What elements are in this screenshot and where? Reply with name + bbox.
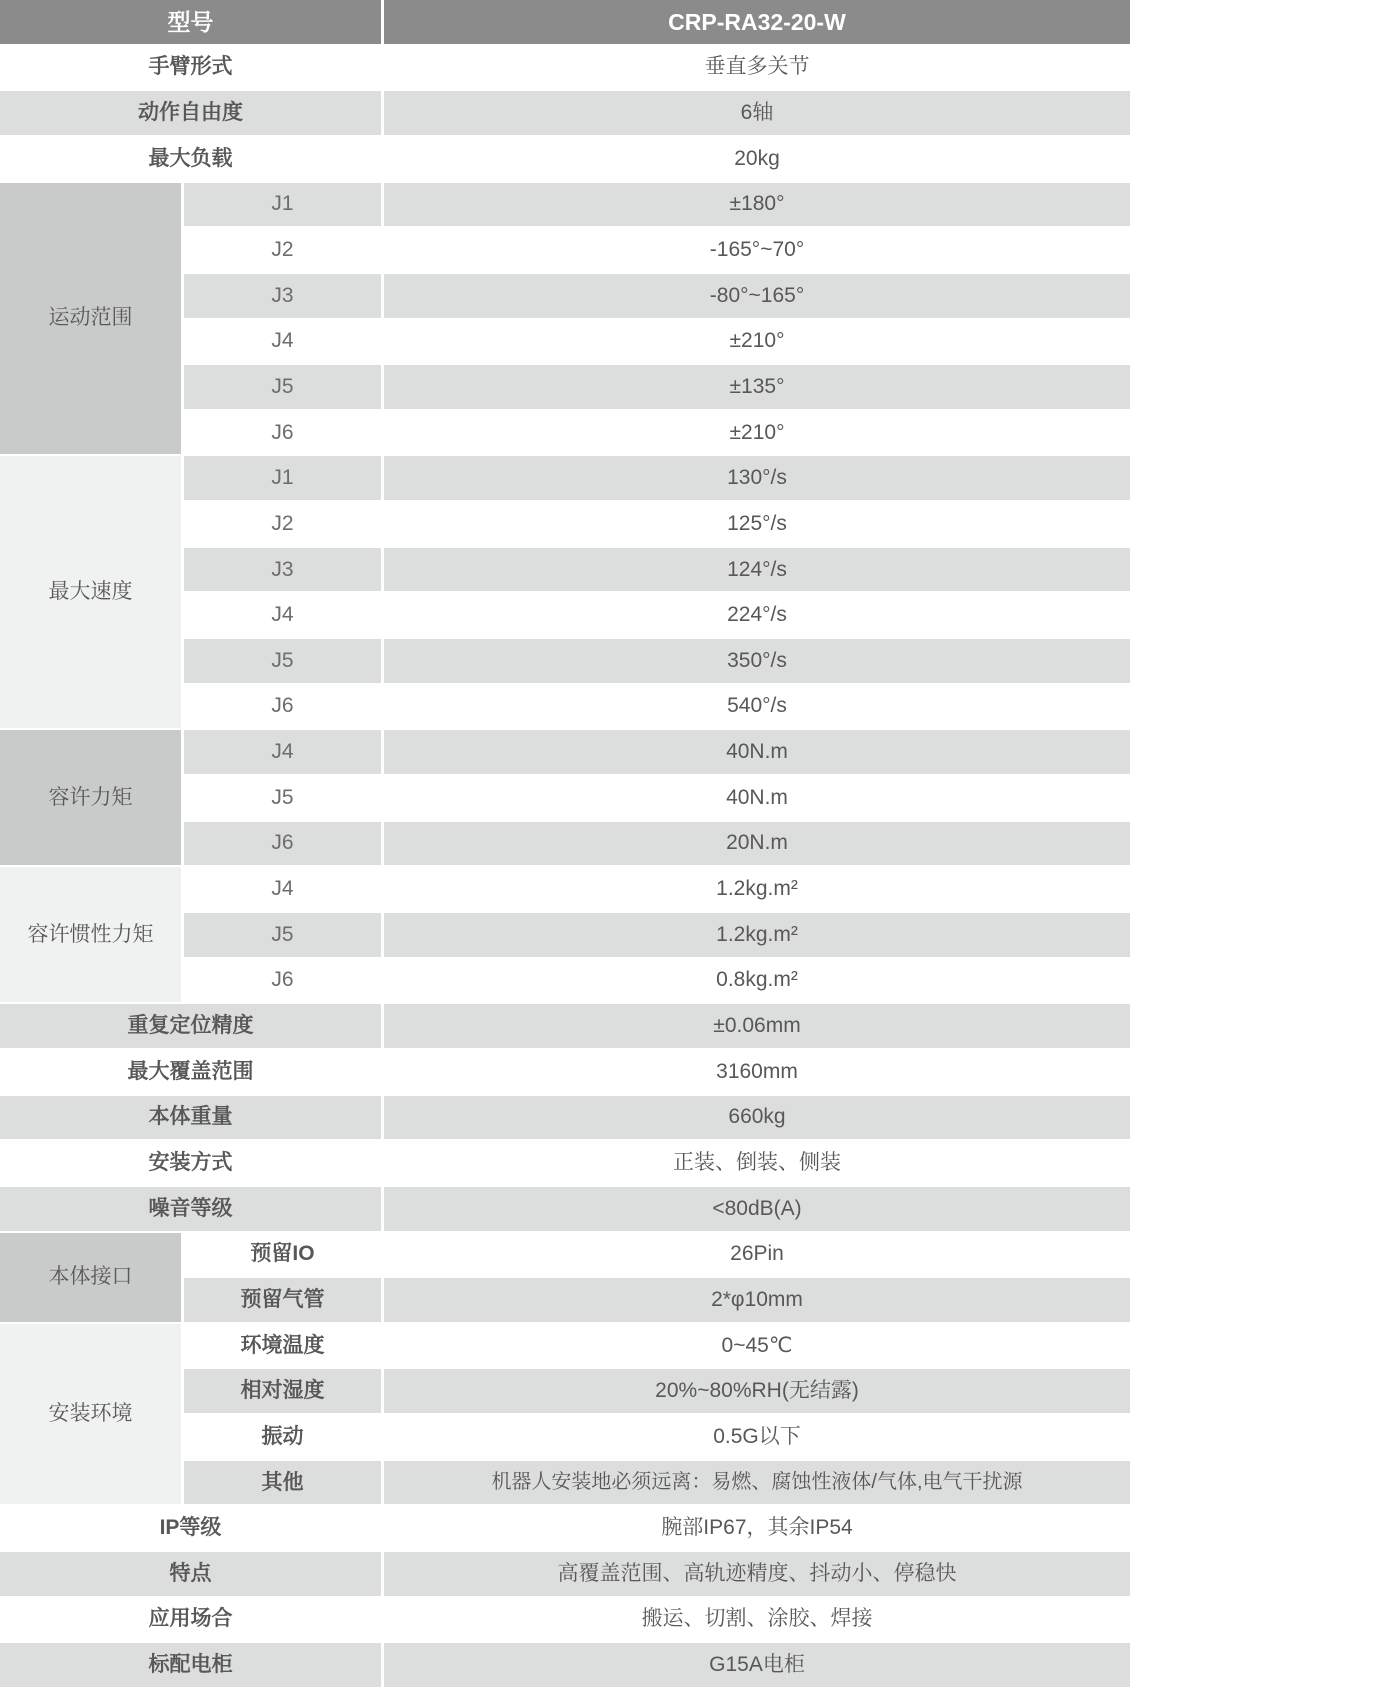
arm-form-label: 手臂形式 (0, 46, 384, 92)
dof-label: 动作自由度 (0, 91, 384, 137)
ip-rating-label: IP等级 (0, 1506, 384, 1552)
noise-level-label: 噪音等级 (0, 1187, 384, 1233)
robot-spec-table: 型号 CRP-RA32-20-W 手臂形式 垂直多关节 动作自由度 6轴 最大负… (0, 0, 1130, 1689)
joint-value: 40N.m (384, 730, 1130, 776)
joint-label: J3 (184, 274, 384, 320)
joint-value: 124°/s (384, 548, 1130, 594)
max-payload-value: 20kg (384, 137, 1130, 183)
model-header-label: 型号 (0, 0, 384, 46)
humidity-label: 相对湿度 (184, 1369, 384, 1415)
joint-label: J5 (184, 776, 384, 822)
joint-label: J5 (184, 365, 384, 411)
joint-value: 0.8kg.m² (384, 959, 1130, 1005)
reserved-air-value: 2*φ10mm (384, 1278, 1130, 1324)
joint-value: 20N.m (384, 822, 1130, 868)
dof-value: 6轴 (384, 91, 1130, 137)
joint-value: ±180° (384, 183, 1130, 229)
joint-value: 1.2kg.m² (384, 913, 1130, 959)
mounting-value: 正装、倒装、侧装 (384, 1141, 1130, 1187)
joint-label: J4 (184, 867, 384, 913)
noise-level-value: <80dB(A) (384, 1187, 1130, 1233)
joint-label: J5 (184, 913, 384, 959)
joint-label: J2 (184, 502, 384, 548)
other-env-value: 机器人安装地必须远离：易燃、腐蚀性液体/气体,电气干扰源 (384, 1461, 1130, 1507)
joint-label: J3 (184, 548, 384, 594)
arm-form-value: 垂直多关节 (384, 46, 1130, 92)
robot-spec-page: 型号 CRP-RA32-20-W 手臂形式 垂直多关节 动作自由度 6轴 最大负… (0, 0, 1400, 1689)
joint-value: 1.2kg.m² (384, 867, 1130, 913)
ip-rating-value: 腕部IP67，其余IP54 (384, 1506, 1130, 1552)
other-env-label: 其他 (184, 1461, 384, 1507)
body-weight-label: 本体重量 (0, 1096, 384, 1142)
max-reach-value: 3160mm (384, 1050, 1130, 1096)
joint-label: J6 (184, 959, 384, 1005)
allowable-torque-group-label: 容许力矩 (0, 730, 184, 867)
joint-value: 125°/s (384, 502, 1130, 548)
install-env-group-label: 安装环境 (0, 1324, 184, 1507)
applications-value: 搬运、切割、涂胶、焊接 (384, 1598, 1130, 1644)
model-header-value: CRP-RA32-20-W (384, 0, 1130, 46)
joint-value: 350°/s (384, 639, 1130, 685)
joint-value: ±210° (384, 320, 1130, 366)
joint-label: J4 (184, 593, 384, 639)
max-payload-label: 最大负载 (0, 137, 384, 183)
reserved-io-value: 26Pin (384, 1233, 1130, 1279)
repeatability-value: ±0.06mm (384, 1004, 1130, 1050)
joint-label: J6 (184, 685, 384, 731)
ambient-temp-label: 环境温度 (184, 1324, 384, 1370)
joint-label: J4 (184, 730, 384, 776)
joint-value: -80°~165° (384, 274, 1130, 320)
joint-label: J4 (184, 320, 384, 366)
cabinet-label: 标配电柜 (0, 1643, 384, 1689)
features-value: 高覆盖范围、高轨迹精度、抖动小、停稳快 (384, 1552, 1130, 1598)
repeatability-label: 重复定位精度 (0, 1004, 384, 1050)
ambient-temp-value: 0~45℃ (384, 1324, 1130, 1370)
joint-label: J2 (184, 228, 384, 274)
joint-label: J5 (184, 639, 384, 685)
motion-range-group-label: 运动范围 (0, 183, 184, 457)
vibration-label: 振动 (184, 1415, 384, 1461)
body-interface-group-label: 本体接口 (0, 1233, 184, 1324)
joint-value: -165°~70° (384, 228, 1130, 274)
joint-label: J1 (184, 183, 384, 229)
applications-label: 应用场合 (0, 1598, 384, 1644)
joint-value: 40N.m (384, 776, 1130, 822)
humidity-value: 20%~80%RH(无结露) (384, 1369, 1130, 1415)
reserved-air-label: 预留气管 (184, 1278, 384, 1324)
max-reach-label: 最大覆盖范围 (0, 1050, 384, 1096)
joint-label: J6 (184, 822, 384, 868)
joint-value: ±210° (384, 411, 1130, 457)
cabinet-value: G15A电柜 (384, 1643, 1130, 1689)
joint-label: J6 (184, 411, 384, 457)
joint-value: 130°/s (384, 456, 1130, 502)
vibration-value: 0.5G以下 (384, 1415, 1130, 1461)
body-weight-value: 660kg (384, 1096, 1130, 1142)
reserved-io-label: 预留IO (184, 1233, 384, 1279)
allowable-inertia-group-label: 容许惯性力矩 (0, 867, 184, 1004)
joint-value: 224°/s (384, 593, 1130, 639)
joint-label: J1 (184, 456, 384, 502)
joint-value: ±135° (384, 365, 1130, 411)
max-speed-group-label: 最大速度 (0, 456, 184, 730)
joint-value: 540°/s (384, 685, 1130, 731)
features-label: 特点 (0, 1552, 384, 1598)
mounting-label: 安装方式 (0, 1141, 384, 1187)
